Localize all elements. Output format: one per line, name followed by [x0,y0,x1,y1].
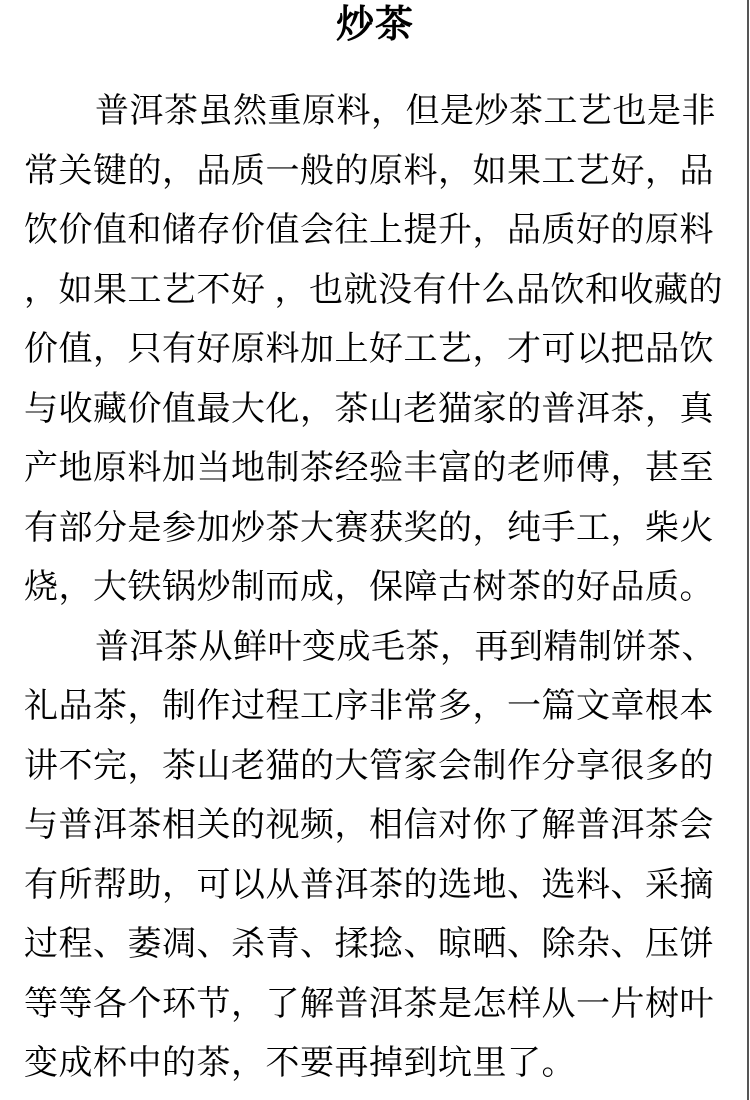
paragraph-line: ，如果工艺不好 ，也就没有什么品饮和收藏的 [24,261,740,321]
document-body: 普洱茶虽然重原料，但是炒茶工艺也是非 常关键的，品质一般的原料，如果工艺好，品 … [0,82,750,1094]
paragraph-line: 普洱茶虽然重原料，但是炒茶工艺也是非 [24,82,740,142]
paragraph-line: 常关键的，品质一般的原料，如果工艺好，品 [24,142,740,202]
paragraph-line: 有部分是参加炒茶大赛获奖的，纯手工，柴火 [24,499,740,559]
paragraph-line: 礼品茶，制作过程工序非常多，一篇文章根本 [24,677,740,737]
paragraph-line: 饮价值和储存价值会往上提升，品质好的原料 [24,201,740,261]
page-title: 炒茶 [0,2,750,48]
paragraph-line: 有所帮助，可以从普洱茶的选地、选料、采摘 [24,856,740,916]
paragraph-line: 与普洱茶相关的视频，相信对你了解普洱茶会 [24,796,740,856]
paragraph-line: 烧，大铁锅炒制而成，保障古树茶的好品质。 [24,558,740,618]
paragraph-line: 与收藏价值最大化，茶山老猫家的普洱茶，真 [24,380,740,440]
right-border-line [747,0,749,1100]
paragraph-line: 等等各个环节，了解普洱茶是怎样从一片树叶 [24,975,740,1035]
paragraph-line: 讲不完，茶山老猫的大管家会制作分享很多的 [24,737,740,797]
document-page: 炒茶 普洱茶虽然重原料，但是炒茶工艺也是非 常关键的，品质一般的原料，如果工艺好… [0,0,750,1100]
paragraph-line: 过程、萎凋、杀青、揉捻、晾晒、除杂、压饼 [24,915,740,975]
paragraph-2: 普洱茶从鲜叶变成毛茶，再到精制饼茶、 礼品茶，制作过程工序非常多，一篇文章根本 … [24,618,740,1094]
paragraph-1: 普洱茶虽然重原料，但是炒茶工艺也是非 常关键的，品质一般的原料，如果工艺好，品 … [24,82,740,618]
paragraph-line: 产地原料加当地制茶经验丰富的老师傅，甚至 [24,439,740,499]
paragraph-line: 价值，只有好原料加上好工艺，才可以把品饮 [24,320,740,380]
paragraph-line: 普洱茶从鲜叶变成毛茶，再到精制饼茶、 [24,618,740,678]
paragraph-line: 变成杯中的茶，不要再掉到坑里了。 [24,1034,740,1094]
